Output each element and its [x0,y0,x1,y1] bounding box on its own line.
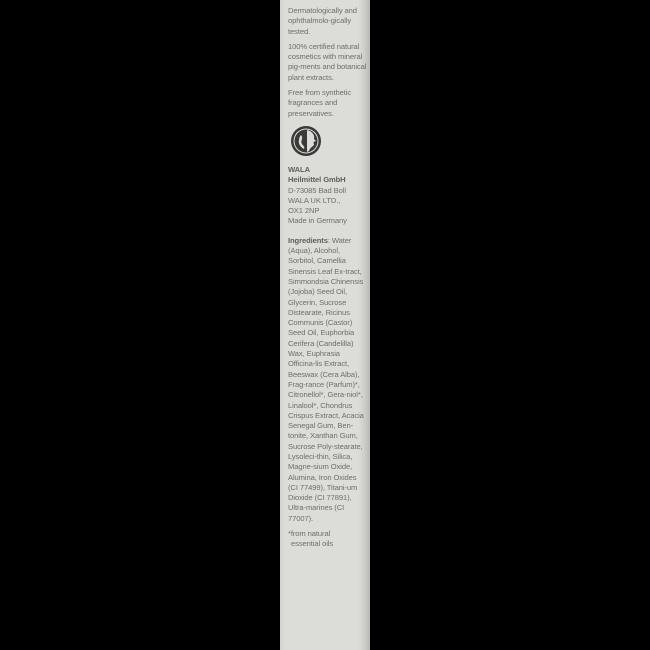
footnote: *from natural essential oils [288,529,368,550]
address-line3: OX1 2NP [288,206,368,216]
ingredients-list: Ingredients: Water (Aqua), Alcohol, Sorb… [288,236,368,524]
address-line2: WALA UK LTD., [288,196,368,206]
company-name-line1: WALA [288,165,368,175]
footnote-line1: *from natural [288,529,330,538]
manufacturer-info: WALA Heilmittel GmbH D-73085 Bad Boll WA… [288,165,368,227]
claim-dermatological: Dermatologically and ophthalmolo-gically… [288,6,368,37]
address-line1: D-73085 Bad Boll [288,186,368,196]
claim-natural-cosmetics: 100% certified natural cosmetics with mi… [288,42,368,83]
package-text-content: Dermatologically and ophthalmolo-gically… [288,6,368,550]
natrue-certification-seal-icon [290,125,322,157]
ingredients-text: : Water (Aqua), Alcohol, Sorbitol, Camel… [288,236,364,523]
footnote-line2: essential oils [288,539,368,549]
ingredients-label: Ingredients [288,236,328,245]
country-of-origin: Made in Germany [288,216,368,226]
company-name-line2: Heilmittel GmbH [288,175,368,185]
claim-free-from: Free from synthetic fragrances and prese… [288,88,368,119]
